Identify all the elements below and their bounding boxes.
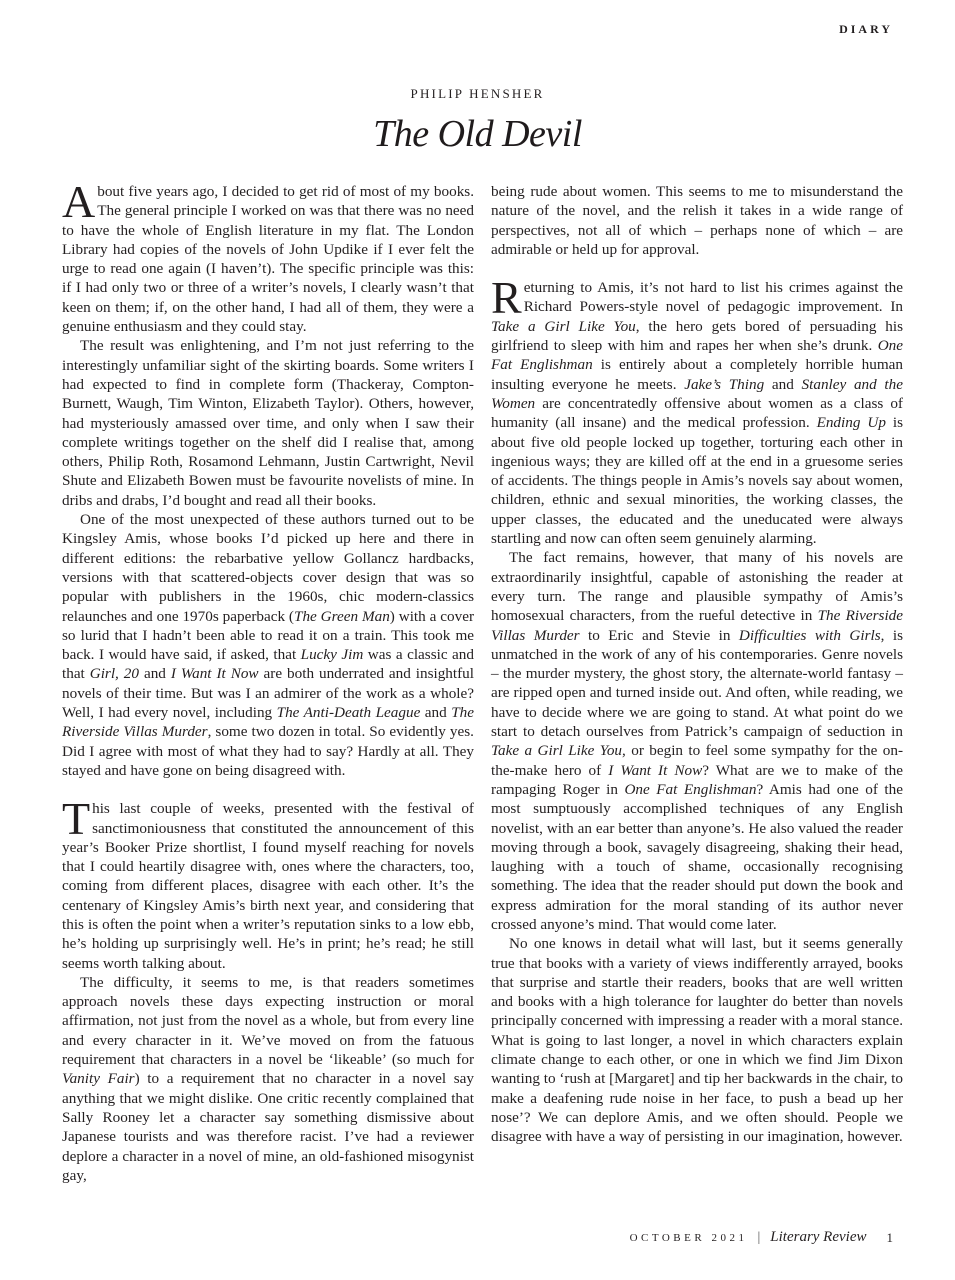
book-title: Take a Girl Like You <box>491 318 636 335</box>
page-number: 1 <box>887 1230 894 1246</box>
issue-date: OCTOBER 2021 <box>630 1232 748 1244</box>
footer-divider: | <box>757 1230 760 1246</box>
right-column: being rude about women. This seems to me… <box>491 182 903 1147</box>
book-title: The Anti-Death League <box>277 704 421 721</box>
book-title: One Fat Englishman <box>624 781 756 798</box>
paragraph: About five years ago, I decided to get r… <box>62 182 474 336</box>
book-title: I Want It Now <box>608 762 702 779</box>
text-run: to Eric and Stevie in <box>580 627 739 644</box>
text-run: The result was enlightening, and I’m not… <box>62 337 474 508</box>
drop-cap: A <box>62 182 95 220</box>
book-title: Ending Up <box>817 414 886 431</box>
drop-cap: T <box>62 799 90 837</box>
drop-cap: R <box>491 278 522 316</box>
text-run: ) to a requirement that no character in … <box>62 1070 474 1183</box>
book-title: I Want It Now <box>171 665 259 682</box>
magazine-name: Literary Review <box>770 1229 866 1246</box>
book-title: Lucky Jim <box>301 646 364 663</box>
left-column: About five years ago, I decided to get r… <box>62 182 474 1185</box>
paragraph: The fact remains, however, that many of … <box>491 548 903 934</box>
paragraph: being rude about women. This seems to me… <box>491 182 903 259</box>
text-run: ? Amis had one of the most sumptuously a… <box>491 781 903 933</box>
book-title: Girl, 20 <box>90 665 139 682</box>
text-run: No one knows in detail what will last, b… <box>491 935 903 1145</box>
book-title: Difficulties with Girls <box>739 627 881 644</box>
paragraph: The result was enlightening, and I’m not… <box>62 336 474 510</box>
text-run: and <box>139 665 171 682</box>
paragraph: Returning to Amis, it’s not hard to list… <box>491 278 903 548</box>
text-run: eturning to Amis, it’s not hard to list … <box>524 279 903 315</box>
text-run: The difficulty, it seems to me, is that … <box>62 974 474 1068</box>
text-run: being rude about women. This seems to me… <box>491 183 903 258</box>
text-run: bout five years ago, I decided to get ri… <box>62 183 474 335</box>
book-title: Take a Girl Like You <box>491 742 622 759</box>
paragraph: This last couple of weeks, presented wit… <box>62 799 474 973</box>
paragraph: One of the most unexpected of these auth… <box>62 510 474 780</box>
paragraph: The difficulty, it seems to me, is that … <box>62 973 474 1185</box>
text-run: his last couple of weeks, presented with… <box>62 800 474 971</box>
book-title: Vanity Fair <box>62 1070 135 1087</box>
text-run: and <box>764 376 801 393</box>
text-run: is about five old people locked up toget… <box>491 414 903 547</box>
book-title: The Green Man <box>294 608 390 625</box>
section-label: DIARY <box>839 22 893 37</box>
paragraph: No one knows in detail what will last, b… <box>491 934 903 1146</box>
author-byline: PHILIP HENSHER <box>0 86 955 102</box>
text-run: and <box>420 704 451 721</box>
article-title: The Old Devil <box>0 112 955 156</box>
page-footer: OCTOBER 2021 | Literary Review 1 <box>630 1229 893 1246</box>
book-title: Jake’s Thing <box>684 376 764 393</box>
